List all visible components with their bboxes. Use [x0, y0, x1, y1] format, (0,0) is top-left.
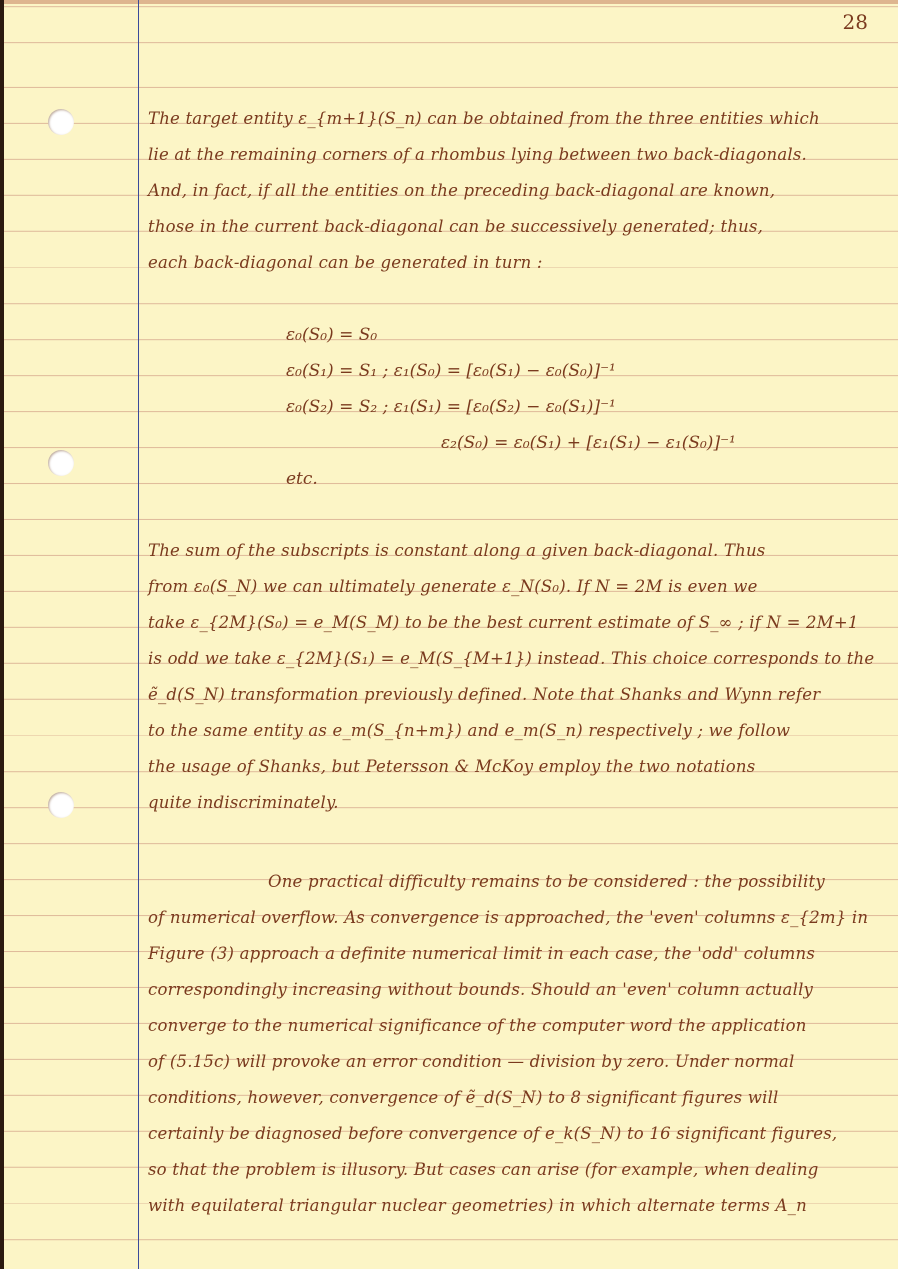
text-line: to the same entity as e_m(S_{n+m}) and e… [148, 713, 888, 749]
equation-line: etc. [286, 461, 846, 497]
punch-hole [48, 450, 74, 476]
text-line: of (5.15c) will provoke an error conditi… [148, 1044, 888, 1080]
equation-line: ε₂(S₀) = ε₀(S₁) + [ε₁(S₁) − ε₁(S₀)]⁻¹ [286, 425, 846, 461]
equation-line: ε₀(S₀) = S₀ [286, 317, 846, 353]
page-number: 28 [843, 10, 868, 34]
epsilon-equations: ε₀(S₀) = S₀ ε₀(S₁) = S₁ ; ε₁(S₀) = [ε₀(S… [286, 317, 846, 497]
text-line: is odd we take ε_{2M}(S₁) = e_M(S_{M+1})… [148, 641, 888, 677]
text-line: the usage of Shanks, but Petersson & McK… [148, 749, 888, 785]
text-line: conditions, however, convergence of ẽ_d(… [148, 1080, 888, 1116]
text-line: each back-diagonal can be generated in t… [148, 245, 888, 281]
text-line: The target entity ε_{m+1}(S_n) can be ob… [148, 101, 888, 137]
text-line: quite indiscriminately. [148, 785, 888, 821]
text-line: from ε₀(S_N) we can ultimately generate … [148, 569, 888, 605]
punch-hole [48, 792, 74, 818]
equation-line: ε₀(S₂) = S₂ ; ε₁(S₁) = [ε₀(S₂) − ε₀(S₁)]… [286, 389, 846, 425]
text-line: certainly be diagnosed before convergenc… [148, 1116, 888, 1152]
paragraph-overflow: One practical difficulty remains to be c… [148, 864, 888, 1224]
page-top-edge [0, 0, 898, 4]
paragraph-subscripts: The sum of the subscripts is constant al… [148, 533, 888, 821]
equation-line: ε₀(S₁) = S₁ ; ε₁(S₀) = [ε₀(S₁) − ε₀(S₀)]… [286, 353, 846, 389]
text-line: take ε_{2M}(S₀) = e_M(S_M) to be the bes… [148, 605, 888, 641]
text-line: converge to the numerical significance o… [148, 1008, 888, 1044]
text-line: And, in fact, if all the entities on the… [148, 173, 888, 209]
punch-hole [48, 109, 74, 135]
text-line: those in the current back-diagonal can b… [148, 209, 888, 245]
text-line: ẽ_d(S_N) transformation previously defin… [148, 677, 888, 713]
text-line: lie at the remaining corners of a rhombu… [148, 137, 888, 173]
text-line: so that the problem is illusory. But cas… [148, 1152, 888, 1188]
paragraph-rhombus-rule: The target entity ε_{m+1}(S_n) can be ob… [148, 101, 888, 281]
notebook-page: 28 The target entity ε_{m+1}(S_n) can be… [0, 0, 898, 1269]
margin-line [138, 0, 139, 1269]
text-line: of numerical overflow. As convergence is… [148, 900, 888, 936]
text-line: One practical difficulty remains to be c… [148, 864, 888, 900]
page-left-edge [0, 0, 4, 1269]
text-line: The sum of the subscripts is constant al… [148, 533, 888, 569]
text-line: correspondingly increasing without bound… [148, 972, 888, 1008]
text-line: Figure (3) approach a definite numerical… [148, 936, 888, 972]
text-line: with equilateral triangular nuclear geom… [148, 1188, 888, 1224]
